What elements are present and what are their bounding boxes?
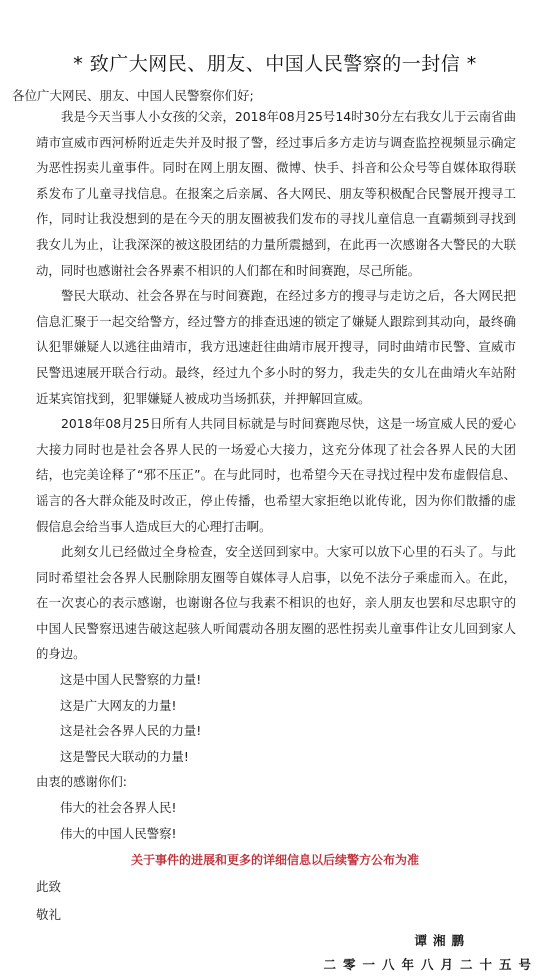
letter-greeting: 各位广大网民、朋友、中国人民警察你们好; bbox=[12, 86, 254, 104]
letter-title: * 致广大网民、朋友、中国人民警察的一封信 * bbox=[0, 49, 550, 76]
thanks-label: 由衷的感谢你们: bbox=[36, 769, 516, 795]
letter-body: 我是今天当事人小女孩的父亲，2018年08月25号14时30分左右我女儿于云南省… bbox=[36, 104, 516, 846]
notice-red: 关于事件的进展和更多的详细信息以后续警方公布为准 bbox=[0, 851, 550, 868]
paragraph-3: 2018年08月25日所有人共同目标就是与时间赛跑尽快，这是一场宣威人民的爱心大… bbox=[36, 411, 516, 539]
slogan-police-civilian: 这是警民大联动的力量! bbox=[36, 744, 516, 770]
slogan-police: 这是中国人民警察的力量! bbox=[36, 667, 516, 693]
paragraph-2: 警民大联动、社会各界在与时间赛跑，在经过多方的搜寻与走访之后，各大网民把信息汇聚… bbox=[36, 283, 516, 411]
paragraph-4: 此刻女儿已经做过全身检查，安全送回到家中。大家可以放下心里的石头了。与此同时希望… bbox=[36, 539, 516, 667]
letter-date: 二零一八年八月二十五号 bbox=[323, 955, 538, 973]
thanks-item-police: 伟大的中国人民警察! bbox=[36, 821, 516, 847]
slogan-society: 这是社会各界人民的力量! bbox=[36, 718, 516, 744]
slogan-netizens: 这是广大网友的力量! bbox=[36, 693, 516, 719]
signature: 谭湘鹏 bbox=[414, 931, 470, 949]
paragraph-1: 我是今天当事人小女孩的父亲，2018年08月25号14时30分左右我女儿于云南省… bbox=[36, 104, 516, 283]
closing-salutation-1: 此致 bbox=[36, 877, 61, 895]
thanks-item-society: 伟大的社会各界人民! bbox=[36, 795, 516, 821]
closing-salutation-2: 敬礼 bbox=[36, 905, 61, 923]
